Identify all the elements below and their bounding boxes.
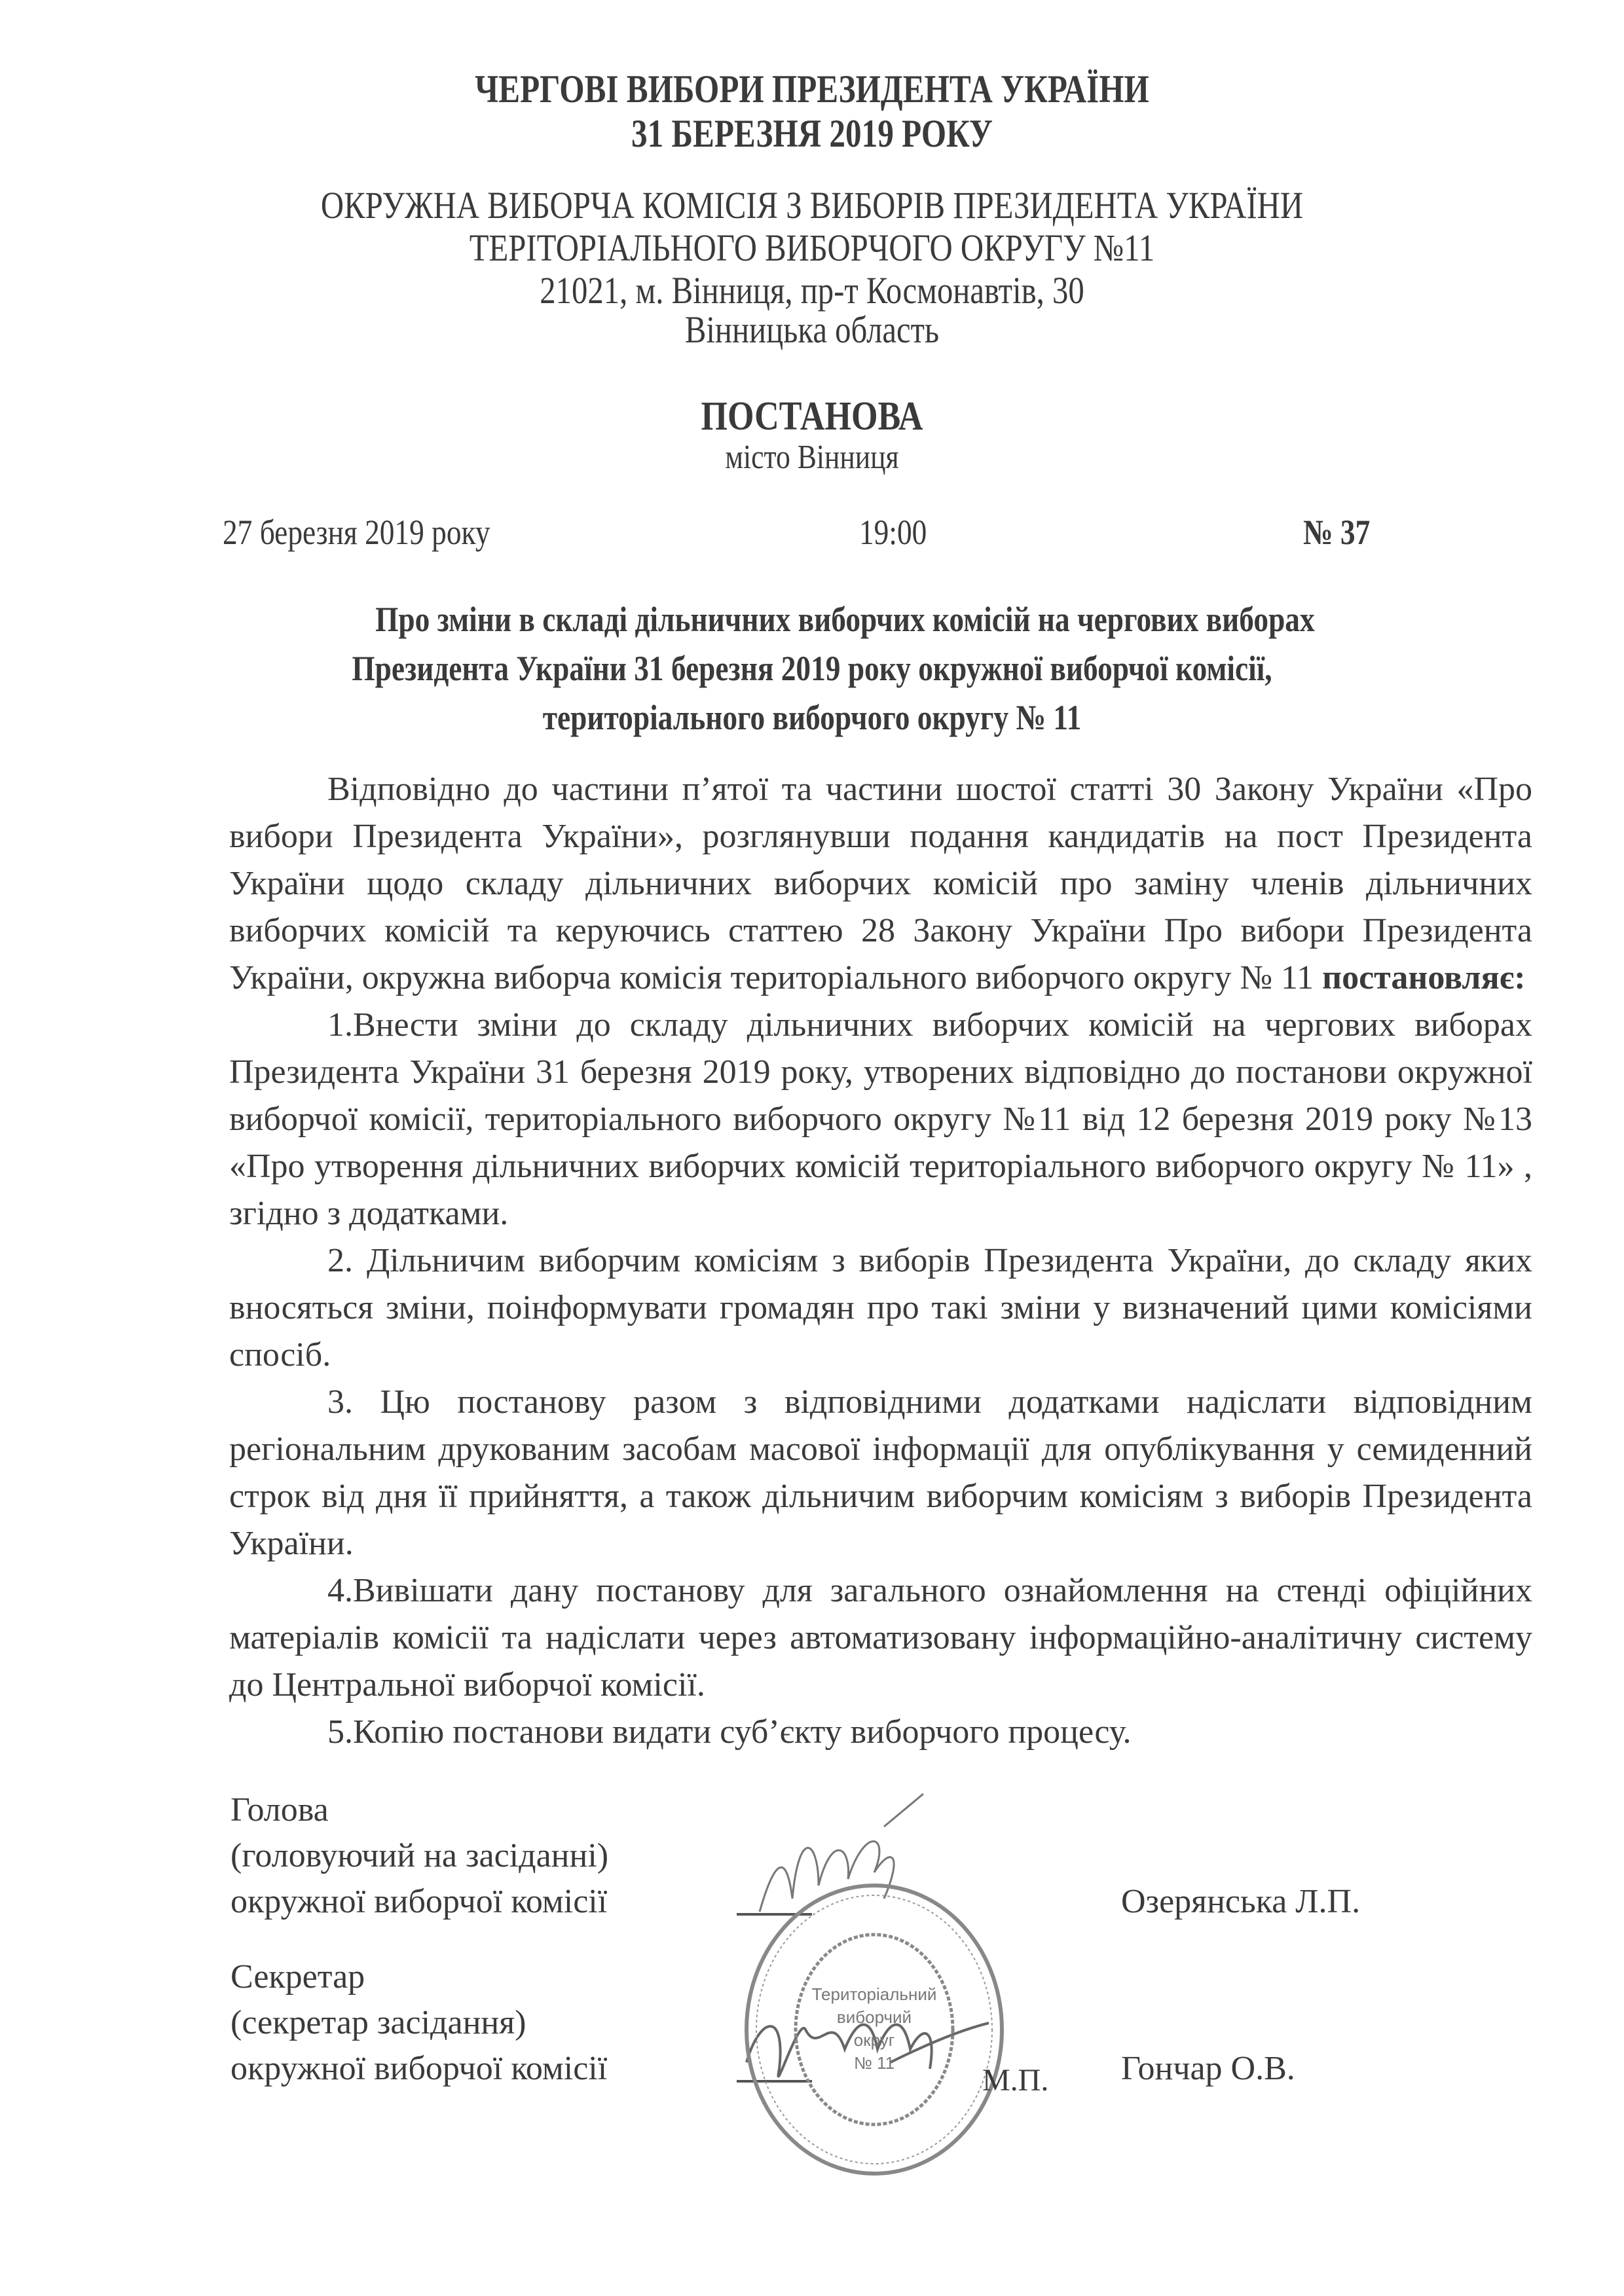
election-date-title: 31 БЕРЕЗНЯ 2019 РОКУ [146, 110, 1478, 157]
seal-mark: М.П. [982, 2062, 1048, 2098]
election-title: ЧЕРГОВІ ВИБОРИ ПРЕЗИДЕНТА УКРАЇНИ [146, 65, 1478, 113]
commission-name: ОКРУЖНА ВИБОРЧА КОМІСІЯ З ВИБОРІВ ПРЕЗИД… [130, 183, 1494, 228]
subject-line-3: територіального виборчого округу № 11 [130, 694, 1494, 741]
document-type: ПОСТАНОВА [130, 393, 1494, 440]
district-name: ТЕРІТОРІАЛЬНОГО ВИБОРЧОГО ОКРУГУ №11 [130, 226, 1494, 270]
document-number: № 37 [1303, 511, 1370, 554]
svg-text:№ 11: № 11 [854, 2053, 895, 2073]
chair-title-block: Голова (головуючий на засіданні) окружно… [231, 1787, 608, 1925]
resolves-keyword: постановляє: [1322, 959, 1525, 996]
subject-line-1: Про зміни в складі дільничних виборчих к… [130, 596, 1494, 643]
resolution-item-3: 3. Цю постанову разом з відповідними дод… [229, 1379, 1532, 1567]
secretary-title-block: Секретар (секретар засідання) окружної в… [231, 1954, 607, 2092]
subject-line-2: Президента України 31 березня 2019 року … [130, 645, 1494, 692]
address: 21021, м. Вінниця, пр-т Космонавтів, 30 [130, 268, 1494, 313]
chair-name: Озерянська Л.П. [1121, 1879, 1360, 1925]
official-stamp-icon: Територіальний виборчий округ № 11 [740, 1879, 1008, 2180]
secretary-name: Гончар О.В. [1121, 2046, 1295, 2092]
document-time: 19:00 [859, 511, 927, 554]
document-city: місто Вінниця [130, 437, 1494, 478]
resolution-item-4: 4.Вивішати дану постанову для загального… [229, 1567, 1532, 1709]
document-page: ЧЕРГОВІ ВИБОРИ ПРЕЗИДЕНТА УКРАЇНИ 31 БЕР… [0, 0, 1624, 2296]
document-body: Відповідно до частини п’ятої та частини … [229, 766, 1532, 1756]
resolution-item-5: 5.Копію постанови видати суб’єкту виборч… [229, 1709, 1532, 1756]
region: Вінницька область [130, 308, 1494, 352]
svg-text:округ: округ [854, 2030, 895, 2050]
svg-text:Територіальний: Територіальний [812, 1984, 937, 2004]
resolution-item-1: 1.Внести зміни до складу дільничних вибо… [229, 1002, 1532, 1237]
document-date: 27 березня 2019 року [223, 511, 490, 554]
preamble-paragraph: Відповідно до частини п’ятої та частини … [229, 766, 1532, 1002]
resolution-item-2: 2. Дільничим виборчим комісіям з виборів… [229, 1237, 1532, 1379]
svg-text:виборчий: виборчий [837, 2007, 912, 2027]
